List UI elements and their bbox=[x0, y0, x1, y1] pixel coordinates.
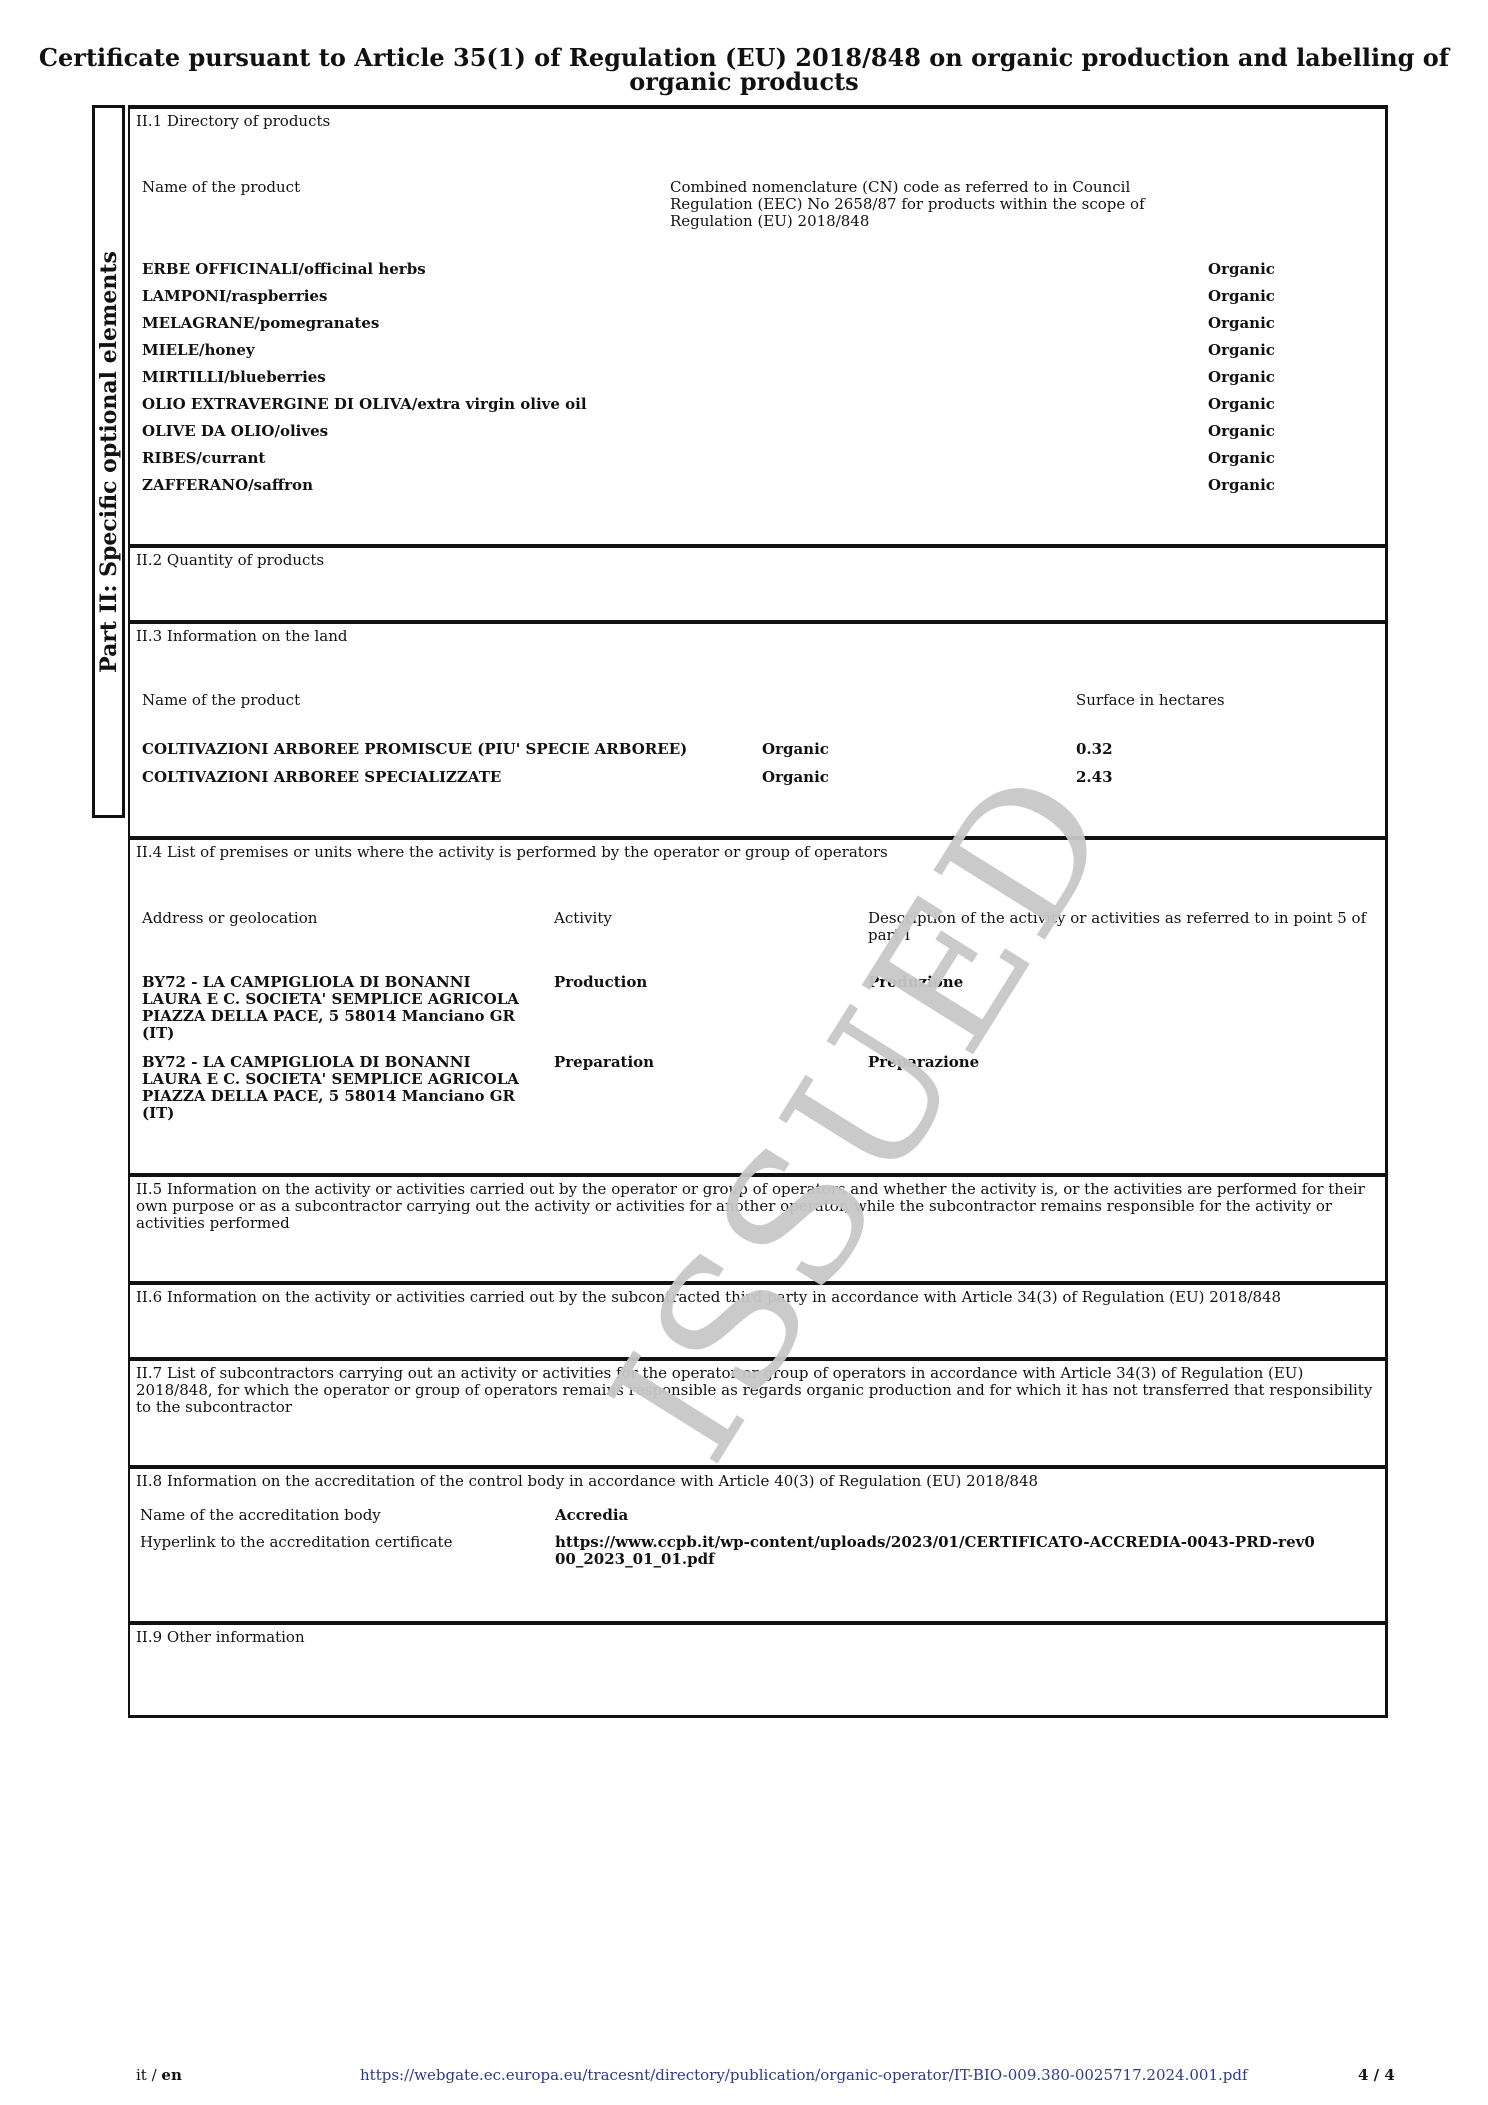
accreditation-certificate-link[interactable]: https://www.ccpb.it/wp-content/uploads/2… bbox=[555, 1534, 1315, 1568]
section-title: II.1 Directory of products bbox=[136, 113, 1375, 130]
page-number: 4 / 4 bbox=[1358, 2066, 1395, 2084]
product-name: MELAGRANE/pomegranates bbox=[142, 315, 379, 332]
land-product-name: COLTIVAZIONI ARBOREE SPECIALIZZATE bbox=[142, 769, 501, 786]
section-list-of-premises: II.4 List of premises or units where the… bbox=[128, 836, 1388, 1175]
footer-language: it / en bbox=[136, 2066, 182, 2084]
section-title: II.4 List of premises or units where the… bbox=[136, 844, 1375, 861]
product-status: Organic bbox=[1208, 369, 1275, 386]
premise-activity: Preparation bbox=[554, 1054, 654, 1071]
footer-publication-link[interactable]: https://webgate.ec.europa.eu/tracesnt/di… bbox=[360, 2066, 1248, 2084]
product-name: RIBES/currant bbox=[142, 450, 265, 467]
product-name: ZAFFERANO/saffron bbox=[142, 477, 313, 494]
product-name: OLIO EXTRAVERGINE DI OLIVA/extra virgin … bbox=[142, 396, 587, 413]
product-status: Organic bbox=[1208, 450, 1275, 467]
product-status: Organic bbox=[1208, 342, 1275, 359]
premise-address: BY72 - LA CAMPIGLIOLA DI BONANNI LAURA E… bbox=[142, 974, 532, 1042]
col-header-surface: Surface in hectares bbox=[1076, 692, 1225, 709]
language-it[interactable]: it bbox=[136, 2066, 147, 2084]
section-subcontracted-activity: II.6 Information on the activity or acti… bbox=[128, 1281, 1388, 1359]
product-name: ERBE OFFICINALI/officinal herbs bbox=[142, 261, 426, 278]
language-en[interactable]: en bbox=[161, 2066, 181, 2084]
accreditation-link-label: Hyperlink to the accreditation certifica… bbox=[140, 1534, 452, 1551]
col-header-description: Description of the activity or activitie… bbox=[868, 910, 1388, 944]
section-subcontractors-list: II.7 List of subcontractors carrying out… bbox=[128, 1357, 1388, 1467]
col-header-address: Address or geolocation bbox=[142, 910, 317, 927]
product-status: Organic bbox=[1208, 423, 1275, 440]
col-header-cn: Combined nomenclature (CN) code as refer… bbox=[670, 179, 1190, 230]
section-title: II.5 Information on the activity or acti… bbox=[136, 1181, 1375, 1232]
premise-address: BY72 - LA CAMPIGLIOLA DI BONANNI LAURA E… bbox=[142, 1054, 532, 1122]
product-status: Organic bbox=[1208, 315, 1275, 332]
premise-activity: Production bbox=[554, 974, 647, 991]
land-surface: 2.43 bbox=[1076, 769, 1113, 786]
product-name: MIELE/honey bbox=[142, 342, 255, 359]
part-label-box: Part II: Specific optional elements bbox=[92, 105, 125, 818]
land-surface: 0.32 bbox=[1076, 741, 1113, 758]
premise-description: Produzione bbox=[868, 974, 963, 991]
accreditation-body-label: Name of the accreditation body bbox=[140, 1507, 381, 1524]
product-name: OLIVE DA OLIO/olives bbox=[142, 423, 328, 440]
section-information-on-land: II.3 Information on the land Name of the… bbox=[128, 620, 1388, 838]
land-status: Organic bbox=[762, 741, 829, 758]
section-quantity-of-products: II.2 Quantity of products bbox=[128, 544, 1388, 622]
land-status: Organic bbox=[762, 769, 829, 786]
land-product-name: COLTIVAZIONI ARBOREE PROMISCUE (PIU' SPE… bbox=[142, 741, 687, 758]
col-header-name: Name of the product bbox=[142, 692, 300, 709]
part-label: Part II: Specific optional elements bbox=[96, 251, 122, 673]
accreditation-body-value: Accredia bbox=[555, 1507, 628, 1524]
section-activity-information: II.5 Information on the activity or acti… bbox=[128, 1173, 1388, 1283]
product-status: Organic bbox=[1208, 477, 1275, 494]
document-title: Certificate pursuant to Article 35(1) of… bbox=[0, 46, 1488, 94]
section-title: II.9 Other information bbox=[136, 1629, 1375, 1646]
section-other-information: II.9 Other information bbox=[128, 1621, 1388, 1718]
language-separator: / bbox=[147, 2066, 162, 2084]
premise-description: Preparazione bbox=[868, 1054, 979, 1071]
section-title: II.2 Quantity of products bbox=[136, 552, 1375, 569]
product-status: Organic bbox=[1208, 396, 1275, 413]
section-title: II.6 Information on the activity or acti… bbox=[136, 1289, 1375, 1306]
section-title: II.8 Information on the accreditation of… bbox=[136, 1473, 1375, 1490]
section-title: II.3 Information on the land bbox=[136, 628, 1375, 645]
product-status: Organic bbox=[1208, 288, 1275, 305]
section-directory-of-products: II.1 Directory of products Name of the p… bbox=[128, 105, 1388, 546]
product-name: MIRTILLI/blueberries bbox=[142, 369, 326, 386]
section-title: II.7 List of subcontractors carrying out… bbox=[136, 1365, 1375, 1416]
product-status: Organic bbox=[1208, 261, 1275, 278]
col-header-activity: Activity bbox=[554, 910, 612, 927]
product-name: LAMPONI/raspberries bbox=[142, 288, 327, 305]
section-accreditation: II.8 Information on the accreditation of… bbox=[128, 1465, 1388, 1623]
col-header-name: Name of the product bbox=[142, 179, 300, 196]
